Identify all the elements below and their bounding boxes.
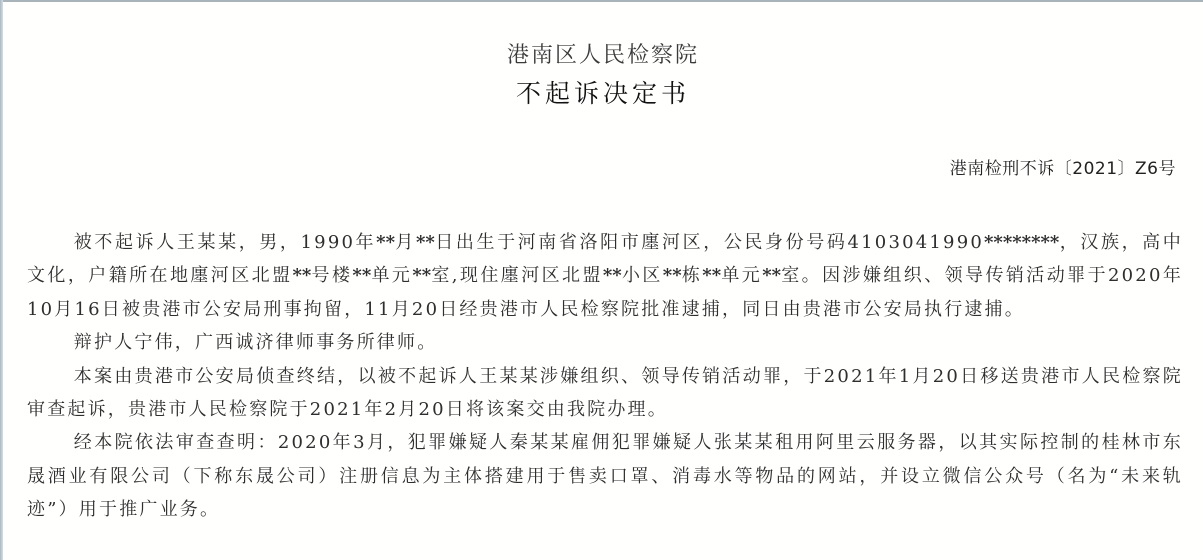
- masked-value: **: [412, 265, 431, 286]
- masked-value: ********: [984, 232, 1059, 253]
- masked-value: **: [702, 265, 721, 286]
- paragraph-case-transfer: 本案由贵港市公安局侦查终结，以被不起诉人王某某涉嫌组织、领导传销活动罪，于202…: [27, 360, 1183, 427]
- document-page: 港南区人民检察院 不起诉决定书 港南检刑不诉〔2021〕Z6号 被不起诉人王某某…: [3, 2, 1203, 560]
- organization-name: 港南区人民检察院: [3, 38, 1203, 69]
- masked-value: **: [663, 265, 682, 286]
- document-number: 港南检刑不诉〔2021〕Z6号: [950, 154, 1176, 179]
- masked-value: **: [603, 265, 622, 286]
- masked-value: **: [762, 265, 781, 286]
- masked-value: **: [293, 265, 312, 286]
- masked-value: **: [376, 232, 395, 253]
- document-title: 不起诉决定书: [3, 74, 1203, 110]
- document-body: 被不起诉人王某某，男，1990年**月**日出生于河南省洛阳市廛河区，公民身份号…: [27, 226, 1183, 527]
- paragraph-findings: 经本院依法审查查明：2020年3月，犯罪嫌疑人秦某某雇佣犯罪嫌疑人张某某租用阿里…: [27, 426, 1183, 526]
- masked-value: **: [416, 232, 435, 253]
- paragraph-defense-counsel: 辩护人宁伟，广西诚济律师事务所律师。: [27, 326, 1183, 359]
- masked-value: **: [352, 265, 371, 286]
- paragraph-defendant-info: 被不起诉人王某某，男，1990年**月**日出生于河南省洛阳市廛河区，公民身份号…: [27, 226, 1183, 326]
